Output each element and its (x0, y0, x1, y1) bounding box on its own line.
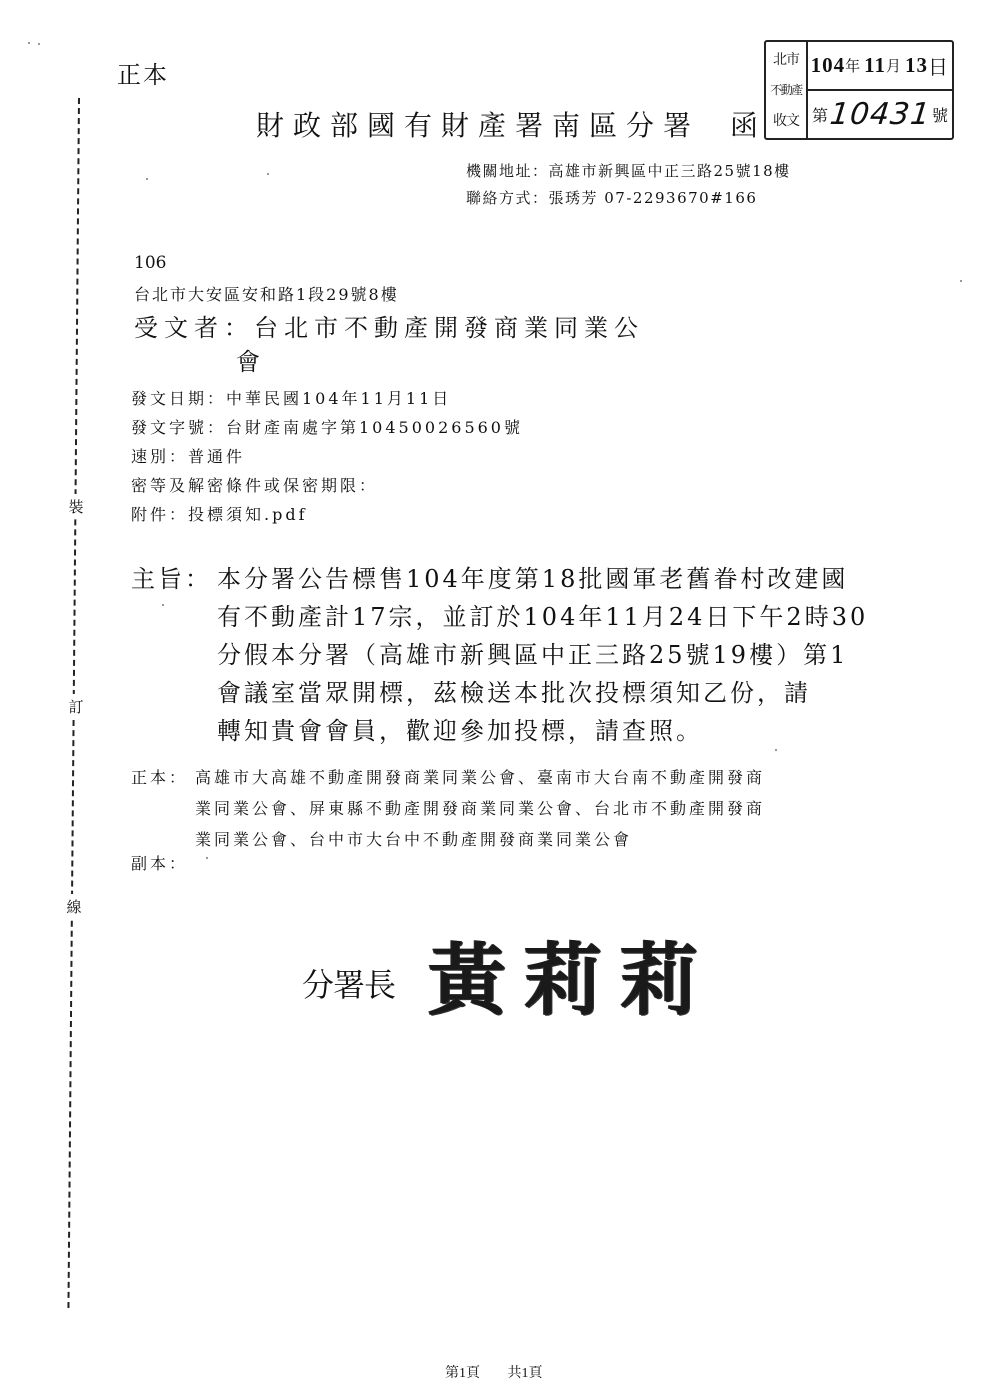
scan-speck (960, 280, 962, 282)
original-line: 業同業公會、屏東縣不動產開發商業同業公會、台北市不動產開發商 (195, 793, 891, 824)
original-line: 高雄市大高雄不動產開發商業同業公會、臺南市大台南不動產開發商 (195, 762, 891, 793)
stamp-org-line: 北市 (773, 52, 799, 67)
stamp-no-prefix: 第 (812, 103, 828, 126)
binding-mark-zhuang: 裝 (66, 494, 86, 519)
agency-contact: 機關地址：高雄市新興區中正三路25號18樓 聯絡方式：張琇芳 07-229367… (466, 158, 791, 212)
original-line: 業同業公會、台中市大台中不動產開發商業同業公會 (195, 824, 891, 855)
recipient-address: 台北市大安區安和路1段29號8樓 (134, 282, 399, 305)
stamp-day-unit: 日 (928, 51, 948, 80)
recipient-zip: 106 (134, 253, 166, 273)
recipient-name: 台北市不動產開發商業同業公 (254, 314, 644, 342)
page-total: 共1頁 (508, 1366, 543, 1381)
issue-date: 發文日期：中華民國104年11月11日 (131, 384, 523, 413)
recipient-label: 受文者： (134, 314, 254, 342)
stamp-org-line: 不動產 (770, 84, 802, 97)
stamp-month: 11 (864, 53, 886, 78)
subject-label: 主旨： (131, 560, 212, 598)
recipient-name-cont: 會 (134, 345, 644, 379)
signature-name: 黃莉莉 (428, 918, 716, 1030)
subject-line: 本分署公告標售104年度第18批國軍老舊眷村改建國 (217, 560, 891, 598)
stamp-number: 第 10431 號 (808, 91, 952, 138)
agency-address: 機關地址：高雄市新興區中正三路25號18樓 (466, 158, 791, 185)
signature-title: 分署長 (302, 960, 395, 1006)
scan-speck (775, 749, 777, 751)
stamp-org: 北市 不動產 收文 (766, 42, 808, 138)
stamp-month-unit: 月 (886, 55, 901, 76)
agency-phone: 聯絡方式：張琇芳 07-2293670#166 (466, 185, 791, 212)
stamp-org-line: 收文 (773, 113, 799, 128)
document-type: 函 (730, 104, 758, 144)
classification: 密等及解密條件或保密期限： (131, 471, 523, 500)
document-meta: 發文日期：中華民國104年11月11日 發文字號：台財產南處字第10450026… (131, 384, 523, 529)
stamp-day: 13 (905, 53, 928, 78)
receipt-stamp: 北市 不動產 收文 104 年 11 月 13 日 第 10431 號 (764, 40, 954, 140)
binding-mark-xian: 線 (64, 894, 84, 919)
stamp-no-value: 10431 (828, 97, 932, 132)
stamp-date: 104 年 11 月 13 日 (808, 42, 952, 91)
copy-label: 正本 (117, 55, 169, 90)
doc-number: 發文字號：台財產南處字第10450026560號 (131, 413, 523, 442)
scan-speck (146, 178, 148, 180)
scan-speck (162, 604, 164, 606)
scan-speck (206, 857, 208, 859)
scan-speck (28, 42, 30, 44)
stamp-year: 104 (811, 53, 846, 78)
subject-line: 轉知貴會會員，歡迎參加投標，請查照。 (217, 712, 891, 750)
urgency: 速別：普通件 (131, 442, 523, 471)
agency-title: 財政部國有財產署南區分署 (256, 104, 700, 144)
page-current: 第1頁 (445, 1366, 480, 1381)
scan-speck (38, 43, 40, 45)
binding-mark-ding: 訂 (66, 694, 86, 719)
distribution-original: 正本： 高雄市大高雄不動產開發商業同業公會、臺南市大台南不動產開發商 業同業公會… (131, 762, 891, 855)
subject-line: 有不動產計17宗，並訂於104年11月24日下午2時30 (217, 598, 891, 636)
scan-speck (267, 173, 269, 175)
subject: 主旨： 本分署公告標售104年度第18批國軍老舊眷村改建國 有不動產計17宗，並… (131, 560, 891, 750)
subject-line: 分假本分署（高雄市新興區中正三路25號19樓）第1 (217, 636, 891, 674)
stamp-year-unit: 年 (845, 55, 860, 76)
page-indicator: 第1頁 共1頁 (445, 1362, 543, 1382)
stamp-no-suffix: 號 (932, 103, 948, 126)
original-label: 正本： (131, 762, 188, 793)
subject-body: 本分署公告標售104年度第18批國軍老舊眷村改建國 有不動產計17宗，並訂於10… (217, 560, 891, 750)
attachment-link[interactable]: 附件：投標須知.pdf (131, 500, 523, 529)
cc-label: 副本： (131, 851, 188, 874)
recipient: 受文者：台北市不動產開發商業同業公 會 (134, 311, 644, 379)
subject-line: 會議室當眾開標，茲檢送本批次投標須知乙份，請 (217, 674, 891, 712)
original-recipients: 高雄市大高雄不動產開發商業同業公會、臺南市大台南不動產開發商 業同業公會、屏東縣… (195, 762, 891, 855)
